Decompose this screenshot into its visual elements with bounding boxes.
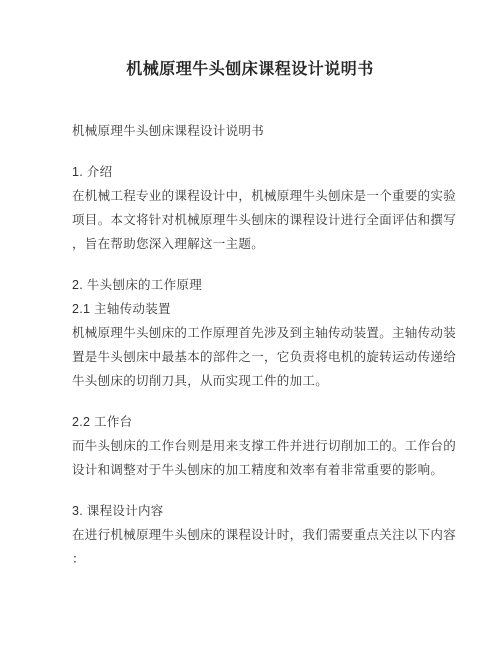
paragraph-line: ，旨在帮助您深入理解这一主题。 bbox=[72, 232, 452, 256]
paragraph-line: 置是牛头刨床中最基本的部件之一，它负责将电机的旋转运动传递给 bbox=[72, 345, 452, 369]
document-subtitle: 机械原理牛头刨床课程设计说明书 bbox=[72, 119, 452, 143]
paragraph-line: 而牛头刨床的工作台则是用来支撑工件并进行切削加工的。工作台的 bbox=[72, 434, 452, 458]
paragraph-line: 设计和调整对于牛头刨床的加工精度和效率有着非常重要的影响。 bbox=[72, 458, 452, 482]
subsection-heading: 2.2 工作台 bbox=[72, 410, 452, 434]
paragraph-line: 牛头刨床的切削刀具，从而实现工件的加工。 bbox=[72, 369, 452, 393]
paragraph-line: 项目。本文将针对机械原理牛头刨床的课程设计进行全面评估和撰写 bbox=[72, 208, 452, 232]
paragraph-line: 机械原理牛头刨床的工作原理首先涉及到主轴传动装置。主轴传动装 bbox=[72, 321, 452, 345]
section-working-principle: 2. 牛头刨床的工作原理 2.1 主轴传动装置 机械原理牛头刨床的工作原理首先涉… bbox=[72, 273, 452, 393]
document-title: 机械原理牛头刨床课程设计说明书 bbox=[0, 58, 500, 82]
section-heading: 1. 介绍 bbox=[72, 160, 452, 184]
section-worktable: 2.2 工作台 而牛头刨床的工作台则是用来支撑工件并进行切削加工的。工作台的 设… bbox=[72, 410, 452, 482]
subsection-heading: 2.1 主轴传动装置 bbox=[72, 297, 452, 321]
document-body: 机械原理牛头刨床课程设计说明书 1. 介绍 在机械工程专业的课程设计中，机械原理… bbox=[72, 119, 452, 571]
subtitle-block: 机械原理牛头刨床课程设计说明书 bbox=[72, 119, 452, 143]
paragraph-line: 在进行机械原理牛头刨床的课程设计时，我们需要重点关注以下内容 bbox=[72, 523, 452, 547]
document-page: 机械原理牛头刨床课程设计说明书 机械原理牛头刨床课程设计说明书 1. 介绍 在机… bbox=[0, 0, 500, 647]
section-course-design-content: 3. 课程设计内容 在进行机械原理牛头刨床的课程设计时，我们需要重点关注以下内容… bbox=[72, 499, 452, 571]
section-heading: 3. 课程设计内容 bbox=[72, 499, 452, 523]
section-introduction: 1. 介绍 在机械工程专业的课程设计中，机械原理牛头刨床是一个重要的实验 项目。… bbox=[72, 160, 452, 256]
paragraph-line: ： bbox=[72, 547, 452, 571]
section-heading: 2. 牛头刨床的工作原理 bbox=[72, 273, 452, 297]
paragraph-line: 在机械工程专业的课程设计中，机械原理牛头刨床是一个重要的实验 bbox=[72, 184, 452, 208]
